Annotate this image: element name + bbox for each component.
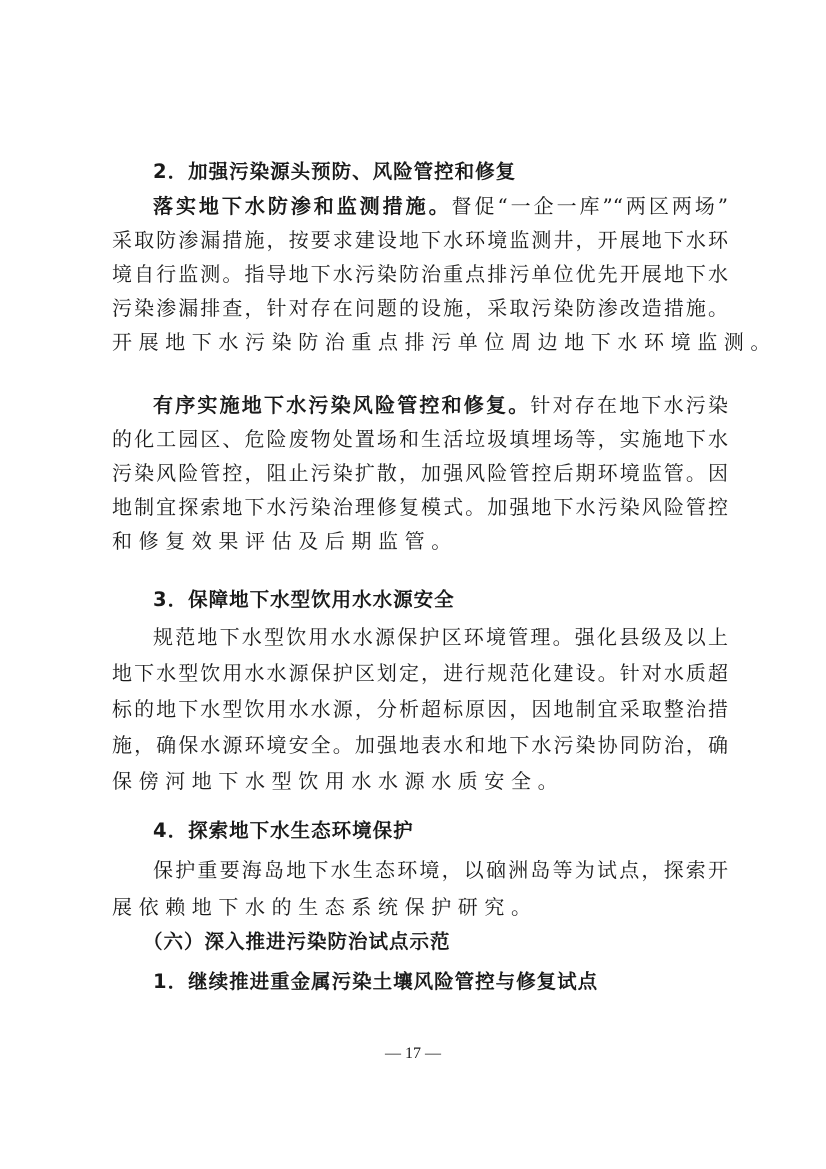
bold-lead: 落实地下水防渗和监测措施。	[153, 194, 452, 218]
text-span: 针对存在地下水污染	[530, 393, 728, 417]
paragraph-line: 标的地下水型饮用水水源，分析超标原因，因地制宜采取整治措	[112, 692, 728, 726]
paragraph-line: 保护重要海岛地下水生态环境，以硇洲岛等为试点，探索开	[153, 853, 728, 887]
paragraph-line: 污染渗漏排查，针对存在问题的设施，采取污染防渗改造措施。	[112, 291, 728, 325]
heading-3: 3．保障地下水型饮用水水源安全	[153, 583, 728, 617]
paragraph-line: 开展地下水污染防治重点排污单位周边地下水环境监测。	[112, 325, 728, 359]
paragraph-line: 落实地下水防渗和监测措施。督促“一企一库”“两区两场”	[153, 189, 728, 223]
paragraph-line: 地下水型饮用水水源保护区划定，进行规范化建设。针对水质超	[112, 656, 728, 690]
paragraph-line: 展依赖地下水的生态系统保护研究。	[112, 890, 728, 924]
paragraph-line: 采取防渗漏措施，按要求建设地下水环境监测井，开展地下水环	[112, 223, 728, 257]
paragraph-line: 和修复效果评估及后期监管。	[112, 524, 728, 558]
paragraph-line: 施，确保水源环境安全。加强地表水和地下水污染协同防治，确	[112, 728, 728, 762]
page-number: — 17 —	[0, 1045, 826, 1063]
paragraph-line: 有序实施地下水污染风险管控和修复。针对存在地下水污染	[153, 388, 728, 422]
heading-section-6-1: 1．继续推进重金属污染土壤风险管控与修复试点	[153, 965, 728, 999]
heading-2: 2．加强污染源头预防、风险管控和修复	[153, 155, 728, 189]
bold-lead: 有序实施地下水污染风险管控和修复。	[153, 393, 530, 417]
heading-4: 4．探索地下水生态环境保护	[153, 814, 728, 848]
paragraph-line: 地制宜探索地下水污染治理修复模式。加强地下水污染风险管控	[112, 490, 728, 524]
heading-section-6: （六）深入推进污染防治试点示范	[143, 925, 759, 959]
paragraph-line: 污染风险管控，阻止污染扩散，加强风险管控后期环境监管。因	[112, 456, 728, 490]
paragraph-line: 规范地下水型饮用水水源保护区环境管理。强化县级及以上	[153, 620, 728, 654]
paragraph-line: 保傍河地下水型饮用水水源水质安全。	[112, 764, 728, 798]
text-span: 督促“一企一库”“两区两场”	[452, 194, 728, 218]
paragraph-line: 境自行监测。指导地下水污染防治重点排污单位优先开展地下水	[112, 257, 728, 291]
paragraph-line: 的化工园区、危险废物处置场和生活垃圾填埋场等，实施地下水	[112, 422, 728, 456]
